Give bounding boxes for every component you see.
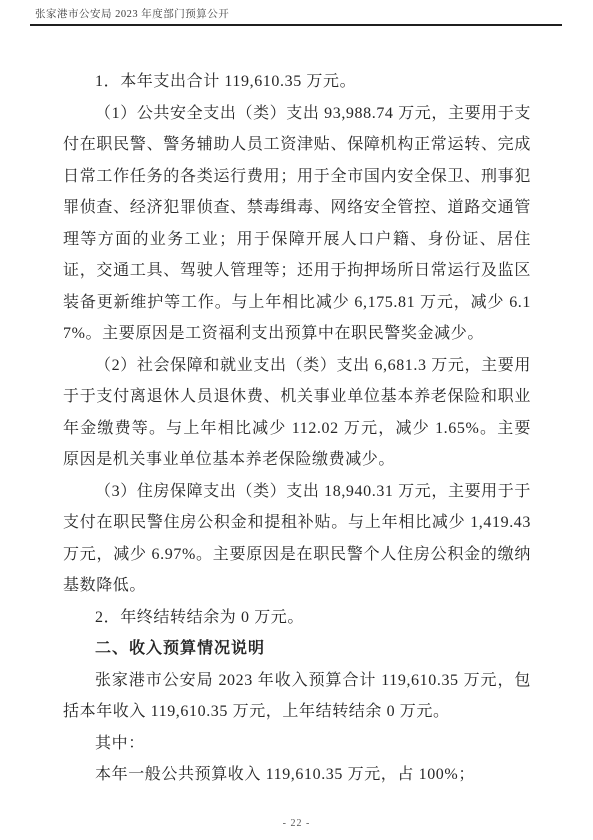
page-number: - 22 -: [283, 818, 311, 829]
paragraph: 其中：: [63, 728, 531, 760]
page-footer: - 22 -: [0, 818, 593, 829]
page-header: 张家港市公安局 2023 年度部门预算公开: [30, 6, 562, 26]
paragraph: 2．年终结转结余为 0 万元。: [63, 602, 531, 634]
paragraph: 张家港市公安局 2023 年收入预算合计 119,610.35 万元，包括本年收…: [63, 665, 531, 728]
document-body: 1．本年支出合计 119,610.35 万元。（1）公共安全支出（类）支出 93…: [63, 66, 531, 791]
paragraph: 本年一般公共预算收入 119,610.35 万元，占 100%；: [63, 759, 531, 791]
paragraph: （1）公共安全支出（类）支出 93,988.74 万元，主要用于支付在职民警、警…: [63, 98, 531, 350]
paragraph: 1．本年支出合计 119,610.35 万元。: [63, 66, 531, 98]
section-heading: 二、收入预算情况说明: [63, 633, 531, 665]
document-page: 张家港市公安局 2023 年度部门预算公开 1．本年支出合计 119,610.3…: [0, 0, 593, 840]
paragraph: （3）住房保障支出（类）支出 18,940.31 万元，主要用于于支付在职民警住…: [63, 476, 531, 602]
paragraph: （2）社会保障和就业支出（类）支出 6,681.3 万元，主要用于于支付离退休人…: [63, 350, 531, 476]
header-title: 张家港市公安局 2023 年度部门预算公开: [35, 9, 229, 20]
